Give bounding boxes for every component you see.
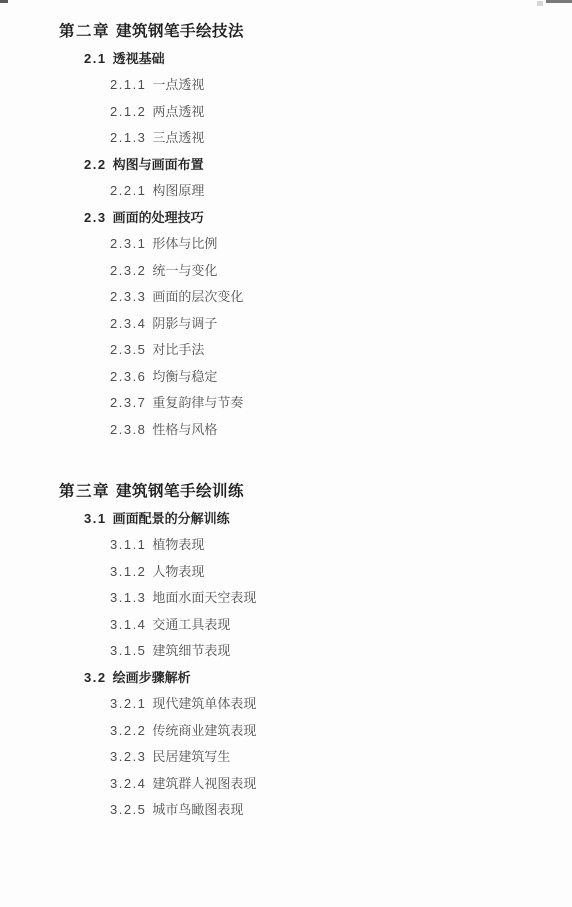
chapter-block: 第二章建筑钢笔手绘技法2.1透视基础2.1.1一点透视2.1.2两点透视2.1.…	[0, 19, 572, 443]
section-title: 3.2绘画步骤解析	[0, 665, 572, 692]
item-label: 画面的层次变化	[152, 289, 243, 304]
toc-item: 2.1.2两点透视	[0, 99, 572, 126]
item-label: 均衡与稳定	[152, 369, 217, 384]
toc-item: 2.1.3三点透视	[0, 125, 572, 152]
toc-item: 2.3.4阴影与调子	[0, 311, 572, 338]
item-label: 三点透视	[152, 130, 204, 145]
item-number: 第三章	[59, 483, 110, 500]
toc-item: 2.3.1形体与比例	[0, 231, 572, 258]
item-label: 阴影与调子	[152, 316, 217, 331]
item-number: 3.2.2	[110, 723, 146, 738]
item-label: 建筑细节表现	[152, 643, 230, 658]
item-label: 传统商业建筑表现	[152, 723, 256, 738]
toc-item: 2.3.6均衡与稳定	[0, 364, 572, 391]
item-label: 透视基础	[113, 51, 165, 66]
item-number: 3.2.3	[110, 749, 146, 764]
item-number: 2.3	[84, 210, 107, 225]
item-label: 形体与比例	[152, 236, 217, 251]
item-number: 2.1.1	[110, 77, 146, 92]
item-number: 2.3.4	[110, 316, 146, 331]
section-title: 2.2构图与画面布置	[0, 152, 572, 179]
item-label: 两点透视	[152, 104, 204, 119]
item-number: 2.3.1	[110, 236, 146, 251]
toc-item: 3.2.5城市鸟瞰图表现	[0, 797, 572, 824]
item-label: 绘画步骤解析	[113, 670, 191, 685]
toc-item: 3.1.3地面水面天空表现	[0, 585, 572, 612]
item-label: 构图原理	[152, 183, 204, 198]
toc-item: 3.1.5建筑细节表现	[0, 638, 572, 665]
item-label: 对比手法	[152, 342, 204, 357]
item-number: 2.2	[84, 157, 107, 172]
toc-item: 2.2.1构图原理	[0, 178, 572, 205]
toc-item: 3.1.1植物表现	[0, 532, 572, 559]
toc-item: 2.3.2统一与变化	[0, 258, 572, 285]
item-label: 一点透视	[152, 77, 204, 92]
item-label: 性格与风格	[152, 422, 217, 437]
item-number: 3.2.1	[110, 696, 146, 711]
section-title: 2.3画面的处理技巧	[0, 205, 572, 232]
item-number: 第二章	[59, 23, 110, 40]
item-label: 人物表现	[152, 564, 204, 579]
item-label: 地面水面天空表现	[152, 590, 256, 605]
item-number: 2.1.3	[110, 130, 146, 145]
item-label: 画面配景的分解训练	[113, 511, 230, 526]
section-title: 3.1画面配景的分解训练	[0, 506, 572, 533]
item-number: 3.1.2	[110, 564, 146, 579]
item-number: 2.3.3	[110, 289, 146, 304]
item-label: 建筑钢笔手绘技法	[116, 23, 244, 40]
item-label: 植物表现	[152, 537, 204, 552]
toc-item: 3.2.4建筑群人视图表现	[0, 771, 572, 798]
document-page: 第二章建筑钢笔手绘技法2.1透视基础2.1.1一点透视2.1.2两点透视2.1.…	[0, 0, 572, 907]
table-of-contents: 第二章建筑钢笔手绘技法2.1透视基础2.1.1一点透视2.1.2两点透视2.1.…	[0, 0, 572, 824]
item-number: 3.1.4	[110, 617, 146, 632]
chapter-title: 第二章建筑钢笔手绘技法	[0, 19, 572, 46]
toc-item: 2.3.7重复韵律与节奏	[0, 390, 572, 417]
item-label: 民居建筑写生	[152, 749, 230, 764]
item-number: 3.1.5	[110, 643, 146, 658]
toc-item: 2.3.5对比手法	[0, 337, 572, 364]
item-label: 画面的处理技巧	[113, 210, 204, 225]
toc-item: 2.1.1一点透视	[0, 72, 572, 99]
toc-item: 2.3.3画面的层次变化	[0, 284, 572, 311]
item-number: 2.1.2	[110, 104, 146, 119]
item-label: 建筑钢笔手绘训练	[116, 483, 244, 500]
item-label: 交通工具表现	[152, 617, 230, 632]
toc-item: 3.1.4交通工具表现	[0, 612, 572, 639]
toc-item: 3.2.3民居建筑写生	[0, 744, 572, 771]
toc-item: 2.3.8性格与风格	[0, 417, 572, 444]
toc-item: 3.2.2传统商业建筑表现	[0, 718, 572, 745]
item-number: 3.1.1	[110, 537, 146, 552]
toc-item: 3.1.2人物表现	[0, 559, 572, 586]
item-number: 2.2.1	[110, 183, 146, 198]
section-title: 2.1透视基础	[0, 46, 572, 73]
item-label: 建筑群人视图表现	[152, 776, 256, 791]
chapter-title: 第三章建筑钢笔手绘训练	[0, 479, 572, 506]
item-number: 2.1	[84, 51, 107, 66]
chapter-block: 第三章建筑钢笔手绘训练3.1画面配景的分解训练3.1.1植物表现3.1.2人物表…	[0, 479, 572, 824]
item-number: 2.3.6	[110, 369, 146, 384]
item-number: 3.1	[84, 511, 107, 526]
item-number: 2.3.5	[110, 342, 146, 357]
toc-item: 3.2.1现代建筑单体表现	[0, 691, 572, 718]
item-label: 现代建筑单体表现	[152, 696, 256, 711]
item-number: 3.1.3	[110, 590, 146, 605]
item-number: 3.2	[84, 670, 107, 685]
item-label: 重复韵律与节奏	[152, 395, 243, 410]
item-label: 城市鸟瞰图表现	[152, 802, 243, 817]
item-number: 2.3.2	[110, 263, 146, 278]
item-number: 3.2.5	[110, 802, 146, 817]
item-number: 2.3.8	[110, 422, 146, 437]
item-number: 2.3.7	[110, 395, 146, 410]
item-label: 构图与画面布置	[113, 157, 204, 172]
item-number: 3.2.4	[110, 776, 146, 791]
item-label: 统一与变化	[152, 263, 217, 278]
